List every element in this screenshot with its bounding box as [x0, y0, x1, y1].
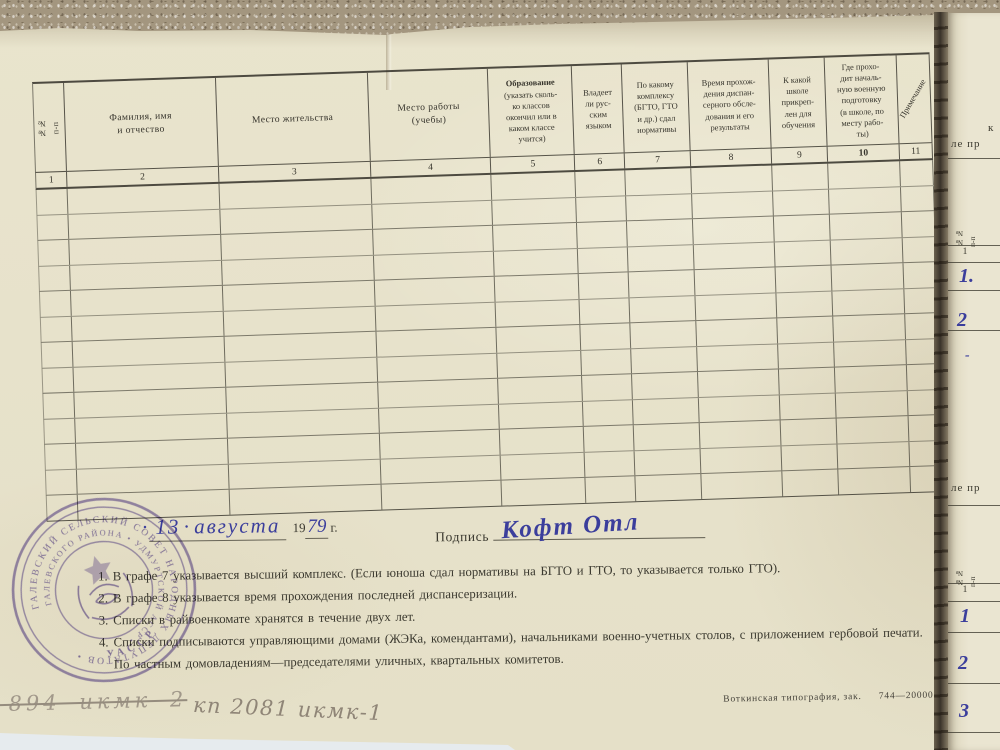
- adjacent-page-sliver: к ле пр №№ п-п 1 1. 2 - ле пр №№ п-п 1 1…: [948, 13, 1000, 750]
- adjacent-handwritten-number: 3: [959, 700, 969, 723]
- printed-year-prefix: 19: [292, 520, 305, 536]
- printed-era-label: г.: [330, 520, 337, 536]
- adjacent-column-number: 1: [948, 585, 982, 595]
- adjacent-handwritten-number: 2: [957, 309, 967, 332]
- adjacent-rule: [948, 683, 1000, 684]
- adjacent-rule: [948, 583, 1000, 584]
- svg-text:ГАЛЕВСКИЙ СЕЛЬСКИЙ СОВЕТ НАРОД: ГАЛЕВСКИЙ СЕЛЬСКИЙ СОВЕТ НАРОДНЫХ ДЕПУТА…: [10, 496, 198, 684]
- adjacent-rule: [948, 330, 1000, 331]
- adjacent-rule: [948, 601, 1000, 602]
- adjacent-handwritten-number: 1: [960, 605, 970, 628]
- adjacent-column-header: №№ п-п: [954, 181, 980, 247]
- handwritten-month: августа: [194, 513, 281, 538]
- adjacent-rule: [948, 290, 1000, 291]
- adjacent-column-number: 1: [948, 247, 982, 257]
- footnote-text: Списки подписываются управляющими домами…: [113, 621, 942, 675]
- adjacent-rule: [948, 632, 1000, 633]
- adjacent-handwritten-number: 1.: [959, 265, 974, 288]
- adjacent-column-header: №№ п-п: [954, 525, 980, 587]
- signature-blank-line: Кофт Отл: [493, 513, 705, 541]
- scanned-document-photo: { "table": { "columns": [ {"num":"1","la…: [0, 0, 1000, 750]
- adjacent-rule: [948, 262, 1000, 263]
- handwritten-signature: Кофт Отл: [500, 508, 640, 545]
- page-binding-gap: [934, 12, 948, 750]
- adjacent-handwritten-number: 2: [958, 652, 968, 675]
- signature-label: Подпись: [435, 529, 489, 546]
- document-page: №№ п-пФамилия, имя и отчествоМесто жител…: [0, 0, 1000, 750]
- adjacent-rule: [948, 245, 1000, 246]
- signature-line: Подпись Кофт Отл: [435, 513, 705, 545]
- adjacent-rule: [948, 158, 1000, 159]
- printer-imprint: Воткинская типография, зак. 744—20000: [723, 691, 933, 705]
- printer-order-number: 744—20000: [879, 691, 934, 702]
- stamp-outer-text: ГАЛЕВСКИЙ СЕЛЬСКИЙ СОВЕТ НАРОДНЫХ ДЕПУТА…: [10, 496, 198, 684]
- printer-name: Воткинская типография, зак.: [723, 692, 862, 705]
- adjacent-rule: [948, 732, 1000, 733]
- adjacent-text-fragment: ле пр: [951, 138, 981, 150]
- stamp-coat-of-arms: [69, 551, 137, 626]
- adjacent-rule: [948, 505, 1000, 506]
- handwritten-year: 79: [305, 516, 328, 539]
- adjacent-text-fragment: к: [988, 122, 994, 134]
- adjacent-handwritten-mark: -: [965, 348, 970, 364]
- adjacent-text-fragment: ле пр: [951, 482, 981, 494]
